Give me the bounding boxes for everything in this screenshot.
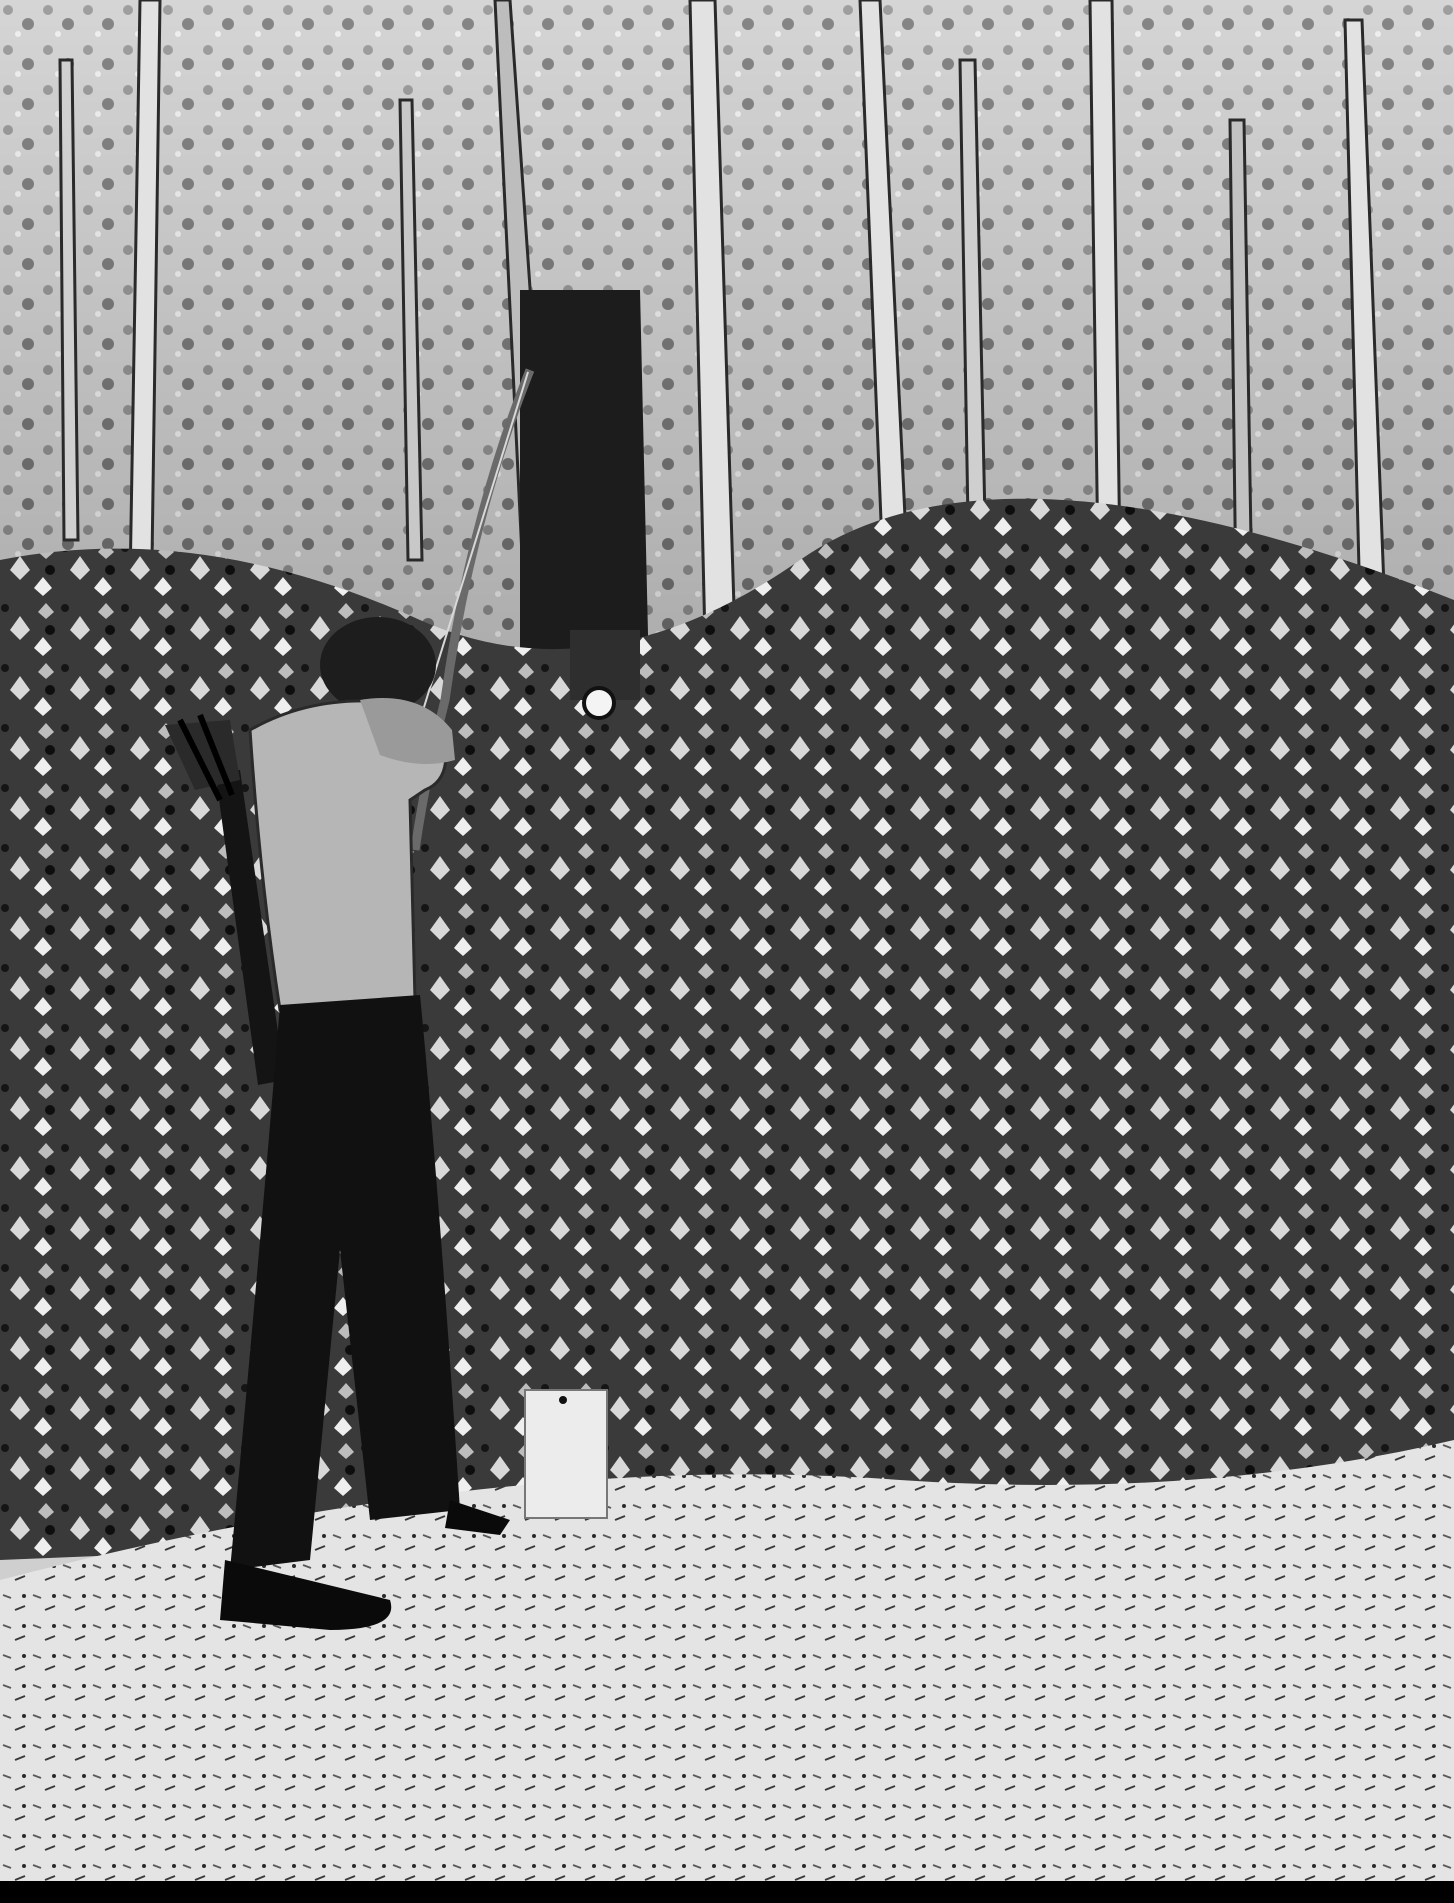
forest-scene [0, 0, 1454, 1903]
undergrowth [0, 499, 1454, 1560]
photograph [0, 0, 1454, 1903]
white-marker-sign [525, 1390, 607, 1518]
film-border [0, 1881, 1454, 1903]
